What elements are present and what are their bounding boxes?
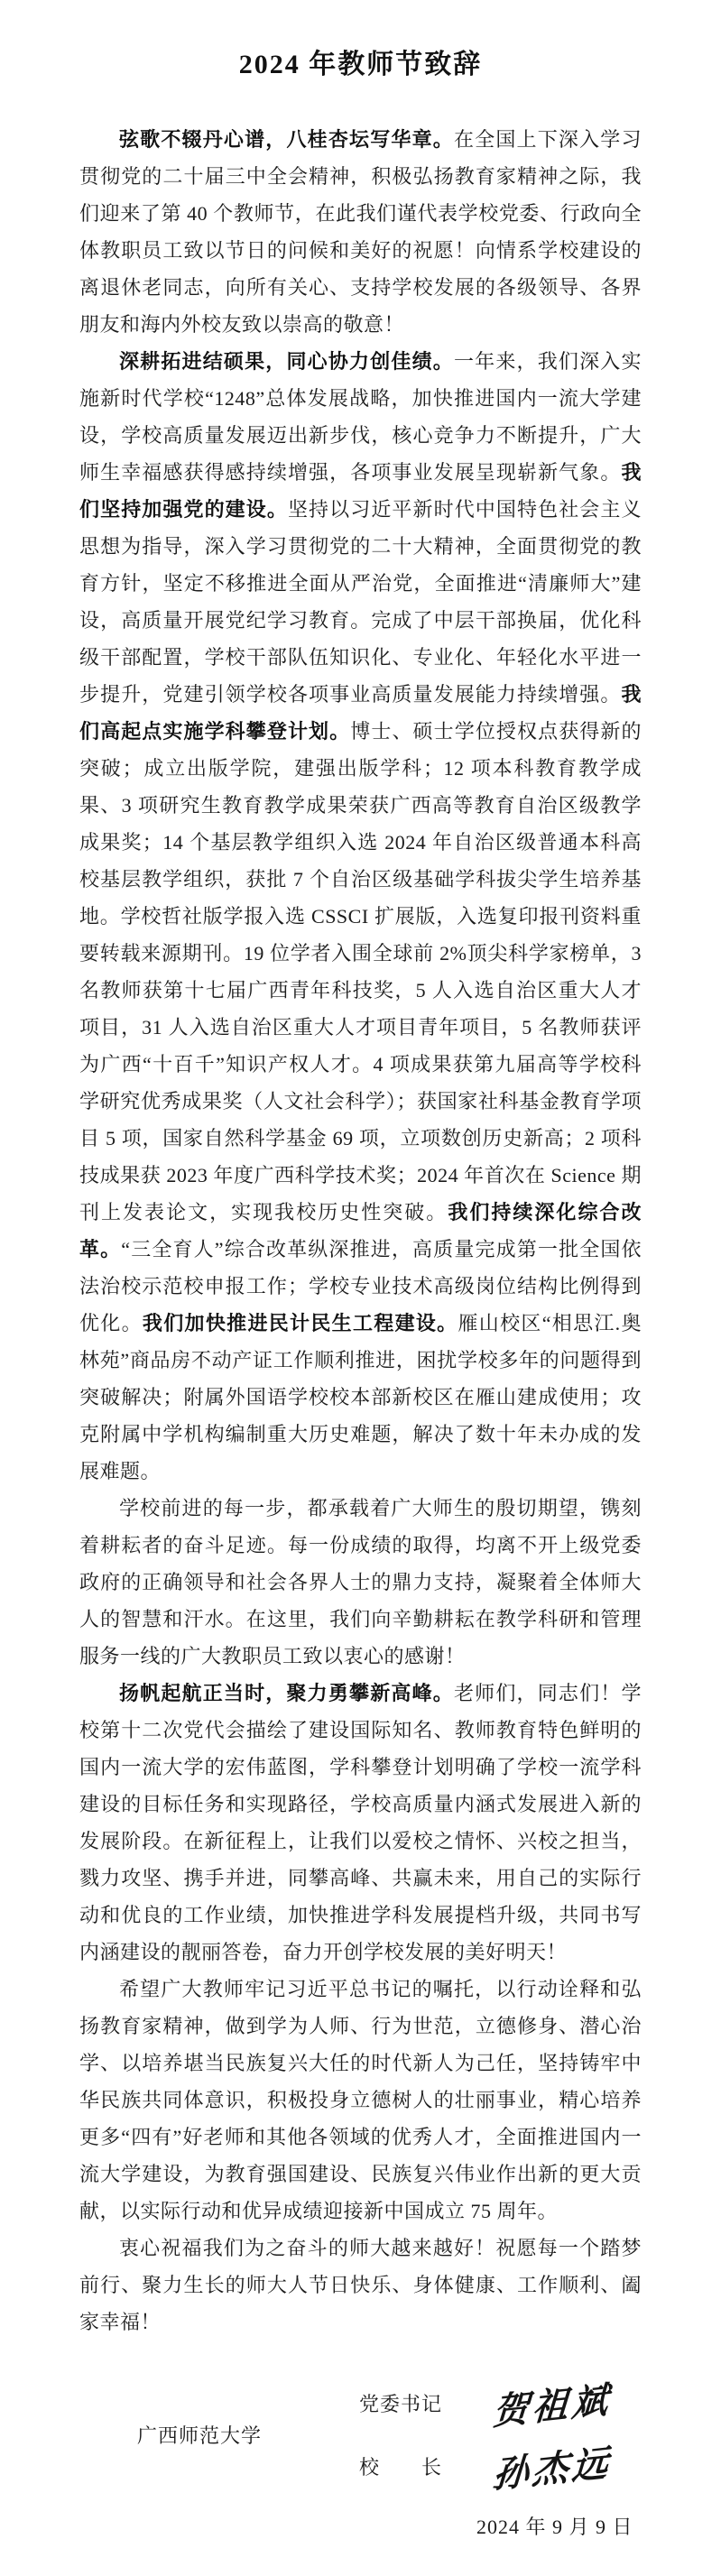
signature-block: 广西师范大学 党委书记 贺祖斌 校 长 孙杰远 xyxy=(79,2371,642,2498)
paragraph-text: 坚持以习近平新时代中国特色社会主义思想为指导，深入学习贯彻党的二十大精神，全面贯… xyxy=(79,498,642,706)
paragraph-emphasis: 深耕拓进结硕果，同心协力创佳绩。 xyxy=(119,350,454,373)
document-body: 弦歌不辍丹心谱，八桂杏坛写华章。在全国上下深入学习贯彻党的二十届三中全会精神，积… xyxy=(79,121,642,2341)
document-title: 2024 年教师节致辞 xyxy=(79,42,642,81)
paragraph-emphasis: 弦歌不辍丹心谱，八桂杏坛写华章。 xyxy=(119,128,454,151)
paragraph: 弦歌不辍丹心谱，八桂杏坛写华章。在全国上下深入学习贯彻党的二十届三中全会精神，积… xyxy=(79,121,642,343)
signature-role-secretary: 党委书记 xyxy=(359,2389,467,2417)
paragraph-emphasis: 我们加快推进民计民生工程建设。 xyxy=(143,1312,458,1334)
paragraph-text: 博士、硕士学位授权点获得新的突破；成立出版学院，建强出版学科；12 项本科教育教… xyxy=(79,720,642,1223)
document-page: 2024 年教师节致辞 弦歌不辍丹心谱，八桂杏坛写华章。在全国上下深入学习贯彻党… xyxy=(0,0,721,2576)
paragraph-text: 希望广大教师牢记习近平总书记的嘱托，以行动诠释和弘扬教育家精神，做到学为人师、行… xyxy=(79,1978,642,2222)
paragraph-text: 老师们，同志们！学校第十二次党代会描绘了建设国际知名、教师教育特色鲜明的国内一流… xyxy=(79,1682,642,1963)
paragraph: 深耕拓进结硕果，同心协力创佳绩。一年来，我们深入实施新时代学校“1248”总体发… xyxy=(79,343,642,1490)
paragraph-text: 学校前进的每一步，都承载着广大师生的殷切期望，镌刻着耕耘者的奋斗足迹。每一份成绩… xyxy=(79,1497,642,1667)
paragraph-text: 衷心祝福我们为之奋斗的师大越来越好！祝愿每一个踏梦前行、聚力生长的师大人节日快乐… xyxy=(79,2237,642,2333)
paragraph: 扬帆起航正当时，聚力勇攀新高峰。老师们，同志们！学校第十二次党代会描绘了建设国际… xyxy=(79,1675,642,1971)
paragraph: 学校前进的每一步，都承载着广大师生的殷切期望，镌刻着耕耘者的奋斗足迹。每一份成绩… xyxy=(79,1490,642,1675)
signature-date: 2024 年 9 月 9 日 xyxy=(476,2512,642,2540)
paragraph: 衷心祝福我们为之奋斗的师大越来越好！祝愿每一个踏梦前行、聚力生长的师大人节日快乐… xyxy=(79,2230,642,2341)
signature-handwriting-secretary: 贺祖斌 xyxy=(491,2370,613,2435)
signature-role-president: 校 长 xyxy=(359,2452,467,2480)
signature-roles: 党委书记 贺祖斌 校 长 孙杰远 xyxy=(359,2371,612,2498)
paragraph-text: 在全国上下深入学习贯彻党的二十届三中全会精神，积极弘扬教育家精神之际，我们迎来了… xyxy=(79,128,642,336)
signature-row-president: 校 长 孙杰远 xyxy=(359,2434,612,2498)
signature-university: 广西师范大学 xyxy=(137,2421,262,2449)
paragraph: 希望广大教师牢记习近平总书记的嘱托，以行动诠释和弘扬教育家精神，做到学为人师、行… xyxy=(79,1971,642,2230)
signature-row-secretary: 党委书记 贺祖斌 xyxy=(359,2371,612,2434)
signature-handwriting-president: 孙杰远 xyxy=(491,2433,613,2498)
paragraph-emphasis: 扬帆起航正当时，聚力勇攀新高峰。 xyxy=(119,1682,454,1704)
paragraph-text: 雁山校区“相思江.奥林苑”商品房不动产证工作顺利推进，困扰学校多年的问题得到突破… xyxy=(79,1312,642,1482)
